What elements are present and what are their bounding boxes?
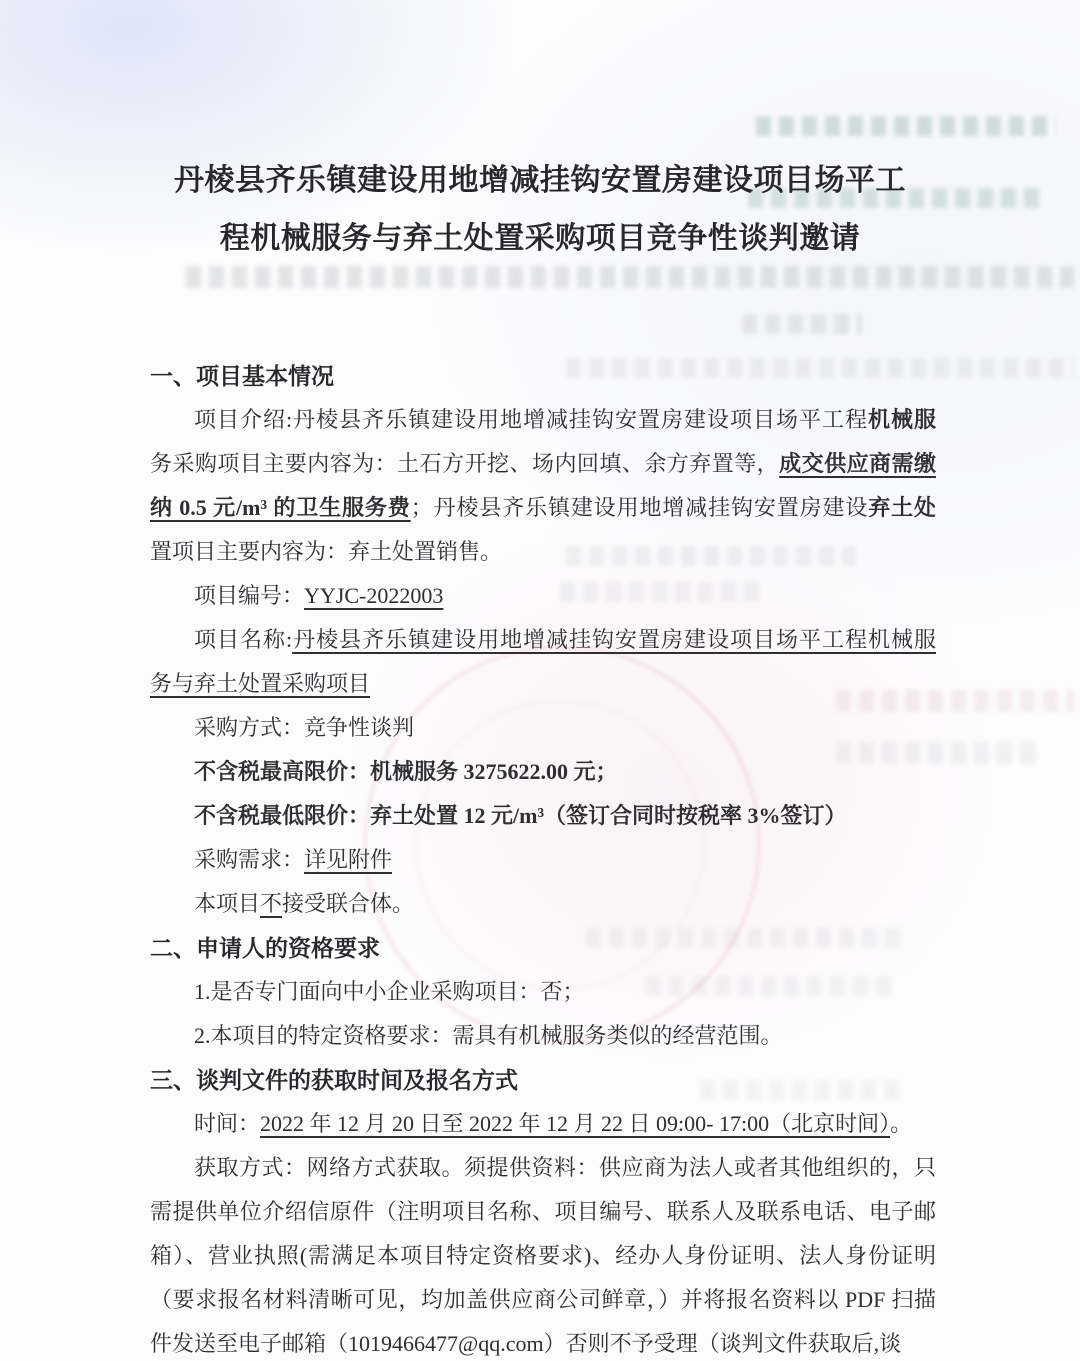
document-text-line: 项目介绍:丹棱县齐乐镇建设用地增减挂钩安置房建设项目场平工程机械服 xyxy=(150,398,936,442)
document-text-line: 件发送至电子邮箱（1019466477@qq.com）否则不予受理（谈判文件获取… xyxy=(150,1322,936,1361)
text-segment: 项目介绍:丹棱县齐乐镇建设用地增减挂钩安置房建设项目场平工程 xyxy=(194,407,868,432)
document-text-line: 纳 0.5 元/m³ 的卫生服务费；丹棱县齐乐镇建设用地增减挂钩安置房建设弃土处 xyxy=(150,486,936,530)
text-segment: 时间： xyxy=(194,1111,260,1136)
text-segment: 2022 年 12 月 20 日至 2022 年 12 月 22 日 09:00… xyxy=(260,1111,890,1136)
text-segment: YYJC-2022003 xyxy=(304,583,443,608)
text-segment: 务采购项目主要内容为：土石方开挖、场内回填、余方弃置等， xyxy=(150,451,779,476)
document-text-line: （要求报名材料清晰可见，均加盖供应商公司鲜章，）并将报名资料以 PDF 扫描 xyxy=(150,1278,936,1322)
text-segment: （要求报名材料清晰可见，均加盖供应商公司鲜章，）并将报名资料以 PDF 扫描 xyxy=(150,1287,936,1312)
document-text-line: 1.是否专门面向中小企业采购项目：否； xyxy=(150,970,936,1014)
text-segment: 不含税最高限价：机械服务 3275622.00 元； xyxy=(194,759,618,784)
document-title-line1: 丹棱县齐乐镇建设用地增减挂钩安置房建设项目场平工 xyxy=(0,152,1080,210)
document-text-line: 本项目不接受联合体。 xyxy=(150,882,936,926)
document-text-line: 置项目主要内容为：弃土处置销售。 xyxy=(150,530,936,574)
bleedthrough-artifact xyxy=(742,314,862,334)
document-text-line: 采购方式：竞争性谈判 xyxy=(150,706,936,750)
text-segment: 三、谈判文件的获取时间及报名方式 xyxy=(150,1067,518,1093)
text-segment: 不 xyxy=(260,891,282,916)
text-segment: 纳 0.5 元/m³ 的卫生服务费 xyxy=(150,495,411,520)
bleedthrough-artifact xyxy=(756,116,1056,136)
document-text-line: 务采购项目主要内容为：土石方开挖、场内回填、余方弃置等，成交供应商需缴 xyxy=(150,442,936,486)
text-segment: 不含税最低限价：弃土处置 12 元/m³（签订合同时按税率 3%签订） xyxy=(194,803,847,828)
text-segment: 采购方式：竞争性谈判 xyxy=(194,715,414,740)
document-title: 丹棱县齐乐镇建设用地增减挂钩安置房建设项目场平工 程机械服务与弃土处置采购项目竞… xyxy=(0,152,1080,268)
document-text-line: 获取方式：网络方式获取。须提供资料：供应商为法人或者其他组织的，只 xyxy=(150,1146,936,1190)
document-body: 一、项目基本情况项目介绍:丹棱县齐乐镇建设用地增减挂钩安置房建设项目场平工程机械… xyxy=(150,354,936,1361)
text-segment: 二、申请人的资格要求 xyxy=(150,935,380,961)
text-segment: ；丹棱县齐乐镇建设用地增减挂钩安置房建设 xyxy=(411,495,869,520)
text-segment: 务与弃土处置采购项目 xyxy=(150,671,370,696)
document-text-line: 采购需求：详见附件 xyxy=(150,838,936,882)
section-heading: 二、申请人的资格要求 xyxy=(150,926,936,970)
text-segment: 2.本项目的特定资格要求：需具有机械服务类似的经营范围。 xyxy=(194,1023,783,1048)
text-segment: 箱）、营业执照(需满足本项目特定资格要求)、经办人身份证明、法人身份证明 xyxy=(150,1243,936,1268)
text-segment: 置项目主要内容为：弃土处置销售。 xyxy=(150,539,502,564)
document-text-line: 2.本项目的特定资格要求：需具有机械服务类似的经营范围。 xyxy=(150,1014,936,1058)
text-segment: 一、项目基本情况 xyxy=(150,363,334,389)
document-text-line: 时间：2022 年 12 月 20 日至 2022 年 12 月 22 日 09… xyxy=(150,1102,936,1146)
text-segment: 采购需求： xyxy=(194,847,304,872)
document-text-line: 项目编号：YYJC-2022003 xyxy=(150,574,936,618)
document-title-line2: 程机械服务与弃土处置采购项目竞争性谈判邀请 xyxy=(0,210,1080,268)
document-text-line: 务与弃土处置采购项目 xyxy=(150,662,936,706)
document-text-line: 箱）、营业执照(需满足本项目特定资格要求)、经办人身份证明、法人身份证明 xyxy=(150,1234,936,1278)
section-heading: 一、项目基本情况 xyxy=(150,354,936,398)
text-segment: 弃土处 xyxy=(868,495,936,520)
text-segment: 件发送至电子邮箱（1019466477@qq.com）否则不予受理（谈判文件获取… xyxy=(150,1331,901,1356)
document-text-line: 需提供单位介绍信原件（注明项目名称、项目编号、联系人及联系电话、电子邮 xyxy=(150,1190,936,1234)
bleedthrough-artifact xyxy=(186,266,1074,288)
text-segment: 获取方式：网络方式获取。须提供资料：供应商为法人或者其他组织的，只 xyxy=(194,1155,936,1180)
text-segment: 接受联合体。 xyxy=(282,891,414,916)
text-segment: 项目名称: xyxy=(194,627,292,652)
document-text-line: 项目名称:丹棱县齐乐镇建设用地增减挂钩安置房建设项目场平工程机械服 xyxy=(150,618,936,662)
text-segment: 项目编号： xyxy=(194,583,304,608)
text-segment: 丹棱县齐乐镇建设用地增减挂钩安置房建设项目场平工程机械服 xyxy=(292,627,936,652)
text-segment: 机械服 xyxy=(868,407,936,432)
scanned-document-page: { "document": { "title": { "line1": "丹棱县… xyxy=(0,0,1080,1361)
document-page: 丹棱县齐乐镇建设用地增减挂钩安置房建设项目场平工 程机械服务与弃土处置采购项目竞… xyxy=(0,0,1080,1361)
text-segment: 需提供单位介绍信原件（注明项目名称、项目编号、联系人及联系电话、电子邮 xyxy=(150,1199,936,1224)
text-segment: 本项目 xyxy=(194,891,260,916)
text-segment: 1.是否专门面向中小企业采购项目：否； xyxy=(194,979,585,1004)
document-text-line: 不含税最高限价：机械服务 3275622.00 元； xyxy=(150,750,936,794)
document-text-line: 不含税最低限价：弃土处置 12 元/m³（签订合同时按税率 3%签订） xyxy=(150,794,936,838)
text-segment: 详见附件 xyxy=(304,847,392,872)
text-segment: 成交供应商需缴 xyxy=(779,451,936,476)
text-segment: 。 xyxy=(890,1111,912,1136)
section-heading: 三、谈判文件的获取时间及报名方式 xyxy=(150,1058,936,1102)
